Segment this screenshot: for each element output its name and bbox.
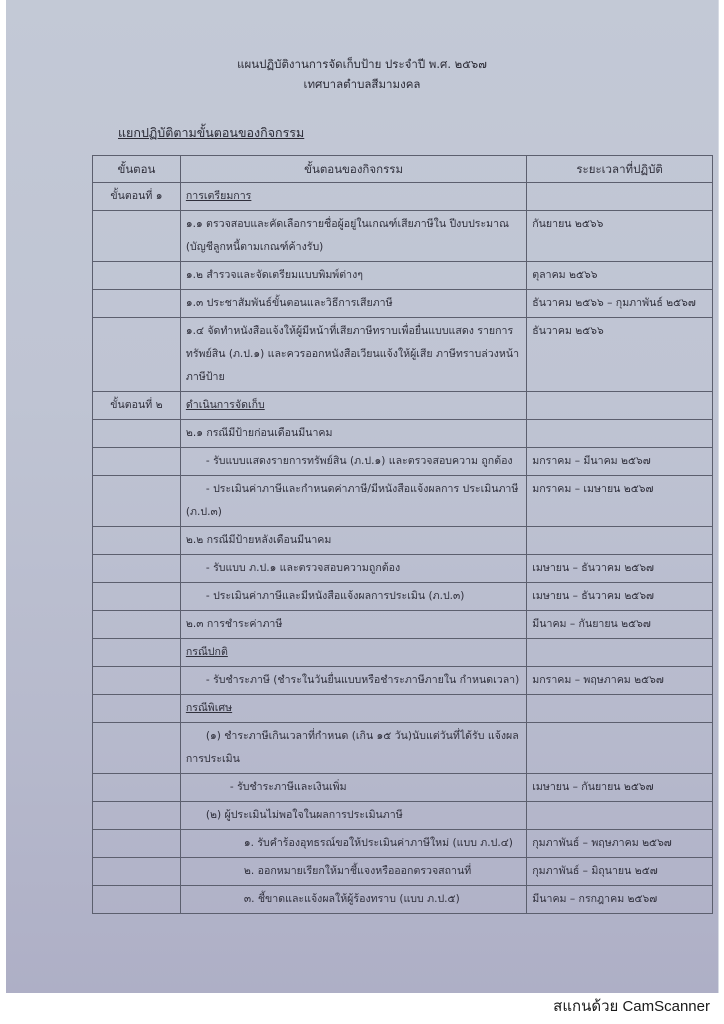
period-cell: มกราคม – พฤษภาคม ๒๕๖๗: [527, 667, 713, 695]
activity-cell: ๓. ชี้ขาดและแจ้งผลให้ผู้ร้องทราบ (แบบ ภ.…: [180, 886, 526, 914]
table-row: กรณีปกติ: [93, 639, 713, 667]
activity-cell: - รับแบบ ภ.ป.๑ และตรวจสอบความถูกต้อง: [180, 555, 526, 583]
activity-cell: กรณีพิเศษ: [180, 695, 526, 723]
period-cell: [527, 183, 713, 211]
header-period: ระยะเวลาที่ปฏิบัติ: [527, 156, 713, 183]
stage-cell: [93, 858, 181, 886]
stage-cell: ขั้นตอนที่ ๒: [93, 392, 181, 420]
activity-cell: - ประเมินค่าภาษีและมีหนังสือแจ้งผลการประ…: [180, 583, 526, 611]
table-row: - ประเมินค่าภาษีและกำหนดค่าภาษี/มีหนังสื…: [93, 476, 713, 527]
period-cell: [527, 723, 713, 774]
table-row: (๑) ชำระภาษีเกินเวลาที่กำหนด (เกิน ๑๕ วั…: [93, 723, 713, 774]
period-cell: มกราคม – เมษายน ๒๕๖๗: [527, 476, 713, 527]
activity-cell: ดำเนินการจัดเก็บ: [180, 392, 526, 420]
table-row: ๑. รับคำร้องอุทธรณ์ขอให้ประเมินค่าภาษีให…: [93, 830, 713, 858]
activity-plan-table: ขั้นตอน ขั้นตอนของกิจกรรม ระยะเวลาที่ปฏิ…: [92, 155, 713, 914]
period-cell: [527, 639, 713, 667]
period-cell: กุมภาพันธ์ – มิถุนายน ๒๕๗: [527, 858, 713, 886]
stage-cell: [93, 527, 181, 555]
activity-cell: ๑.๒ สำรวจและจัดเตรียมแบบพิมพ์ต่างๆ: [180, 262, 526, 290]
period-cell: ธันวาคม ๒๕๖๖: [527, 318, 713, 392]
stage-cell: [93, 262, 181, 290]
activity-cell: - ประเมินค่าภาษีและกำหนดค่าภาษี/มีหนังสื…: [180, 476, 526, 527]
table-row: - รับชำระภาษีและเงินเพิ่มเมษายน – กันยาย…: [93, 774, 713, 802]
header-activity: ขั้นตอนของกิจกรรม: [180, 156, 526, 183]
scanned-page: แผนปฏิบัติงานการจัดเก็บป้าย ประจำปี พ.ศ.…: [6, 0, 719, 993]
table-row: (๒) ผู้ประเมินไม่พอใจในผลการประเมินภาษี: [93, 802, 713, 830]
stage-cell: [93, 318, 181, 392]
document-organization: เทศบาลตำบลสีมามงคล: [6, 76, 718, 94]
activity-cell: ๒. ออกหมายเรียกให้มาชี้แจงหรือออกตรวจสถา…: [180, 858, 526, 886]
table-row: - รับแบบ ภ.ป.๑ และตรวจสอบความถูกต้องเมษา…: [93, 555, 713, 583]
stage-cell: [93, 420, 181, 448]
stage-cell: [93, 639, 181, 667]
activity-cell: ๑.๓ ประชาสัมพันธ์ขั้นตอนและวิธีการเสียภา…: [180, 290, 526, 318]
period-cell: มีนาคม – กรกฎาคม ๒๕๖๗: [527, 886, 713, 914]
period-cell: เมษายน – ธันวาคม ๒๕๖๗: [527, 555, 713, 583]
stage-cell: [93, 830, 181, 858]
period-cell: กันยายน ๒๕๖๖: [527, 211, 713, 262]
activity-cell: ๒.๒ กรณีมีป้ายหลังเดือนมีนาคม: [180, 527, 526, 555]
stage-cell: [93, 611, 181, 639]
table-row: ๑.๑ ตรวจสอบและคัดเลือกรายชื่อผู้อยู่ในเก…: [93, 211, 713, 262]
section-subheading: แยกปฏิบัติตามขั้นตอนของกิจกรรม: [118, 123, 304, 143]
activity-cell: ๑.๔ จัดทำหนังสือแจ้งให้ผู้มีหน้าที่เสียภ…: [180, 318, 526, 392]
header-stage: ขั้นตอน: [93, 156, 181, 183]
period-cell: [527, 802, 713, 830]
document-title: แผนปฏิบัติงานการจัดเก็บป้าย ประจำปี พ.ศ.…: [6, 56, 718, 74]
period-cell: เมษายน – กันยายน ๒๕๖๗: [527, 774, 713, 802]
activity-cell: ๒.๑ กรณีมีป้ายก่อนเดือนมีนาคม: [180, 420, 526, 448]
stage-cell: [93, 723, 181, 774]
table-row: - ประเมินค่าภาษีและมีหนังสือแจ้งผลการประ…: [93, 583, 713, 611]
table-row: - รับแบบแสดงรายการทรัพย์สิน (ภ.ป.๑) และต…: [93, 448, 713, 476]
stage-cell: [93, 555, 181, 583]
table-row: ๒.๒ กรณีมีป้ายหลังเดือนมีนาคม: [93, 527, 713, 555]
stage-cell: [93, 774, 181, 802]
period-cell: [527, 527, 713, 555]
activity-cell: (๒) ผู้ประเมินไม่พอใจในผลการประเมินภาษี: [180, 802, 526, 830]
stage-cell: [93, 211, 181, 262]
activity-cell: - รับชำระภาษี (ชำระในวันยื่นแบบหรือชำระภ…: [180, 667, 526, 695]
period-cell: กุมภาพันธ์ – พฤษภาคม ๒๕๖๗: [527, 830, 713, 858]
activity-cell: ๒.๓ การชำระค่าภาษี: [180, 611, 526, 639]
activity-cell: - รับชำระภาษีและเงินเพิ่ม: [180, 774, 526, 802]
table-row: ขั้นตอนที่ ๒ดำเนินการจัดเก็บ: [93, 392, 713, 420]
period-cell: เมษายน – ธันวาคม ๒๕๖๗: [527, 583, 713, 611]
table-row: ๑.๒ สำรวจและจัดเตรียมแบบพิมพ์ต่างๆตุลาคม…: [93, 262, 713, 290]
period-cell: [527, 695, 713, 723]
stage-cell: [93, 886, 181, 914]
period-cell: ธันวาคม ๒๕๖๖ – กุมภาพันธ์ ๒๕๖๗: [527, 290, 713, 318]
stage-cell: ขั้นตอนที่ ๑: [93, 183, 181, 211]
activity-cell: ๑.๑ ตรวจสอบและคัดเลือกรายชื่อผู้อยู่ในเก…: [180, 211, 526, 262]
table-row: ๓. ชี้ขาดและแจ้งผลให้ผู้ร้องทราบ (แบบ ภ.…: [93, 886, 713, 914]
period-cell: [527, 392, 713, 420]
activity-cell: กรณีปกติ: [180, 639, 526, 667]
stage-cell: [93, 583, 181, 611]
table-header-row: ขั้นตอน ขั้นตอนของกิจกรรม ระยะเวลาที่ปฏิ…: [93, 156, 713, 183]
activity-cell: - รับแบบแสดงรายการทรัพย์สิน (ภ.ป.๑) และต…: [180, 448, 526, 476]
activity-cell: (๑) ชำระภาษีเกินเวลาที่กำหนด (เกิน ๑๕ วั…: [180, 723, 526, 774]
table-row: - รับชำระภาษี (ชำระในวันยื่นแบบหรือชำระภ…: [93, 667, 713, 695]
stage-cell: [93, 802, 181, 830]
period-cell: [527, 420, 713, 448]
table-row: กรณีพิเศษ: [93, 695, 713, 723]
period-cell: มีนาคม – กันยายน ๒๕๖๗: [527, 611, 713, 639]
activity-cell: ๑. รับคำร้องอุทธรณ์ขอให้ประเมินค่าภาษีให…: [180, 830, 526, 858]
table-row: ๒.๑ กรณีมีป้ายก่อนเดือนมีนาคม: [93, 420, 713, 448]
activity-cell: การเตรียมการ: [180, 183, 526, 211]
table-row: ๒. ออกหมายเรียกให้มาชี้แจงหรือออกตรวจสถา…: [93, 858, 713, 886]
stage-cell: [93, 667, 181, 695]
period-cell: มกราคม – มีนาคม ๒๕๖๗: [527, 448, 713, 476]
period-cell: ตุลาคม ๒๕๖๖: [527, 262, 713, 290]
table-row: ๑.๓ ประชาสัมพันธ์ขั้นตอนและวิธีการเสียภา…: [93, 290, 713, 318]
stage-cell: [93, 476, 181, 527]
camscanner-watermark: สแกนด้วย CamScanner: [553, 994, 710, 1018]
stage-cell: [93, 290, 181, 318]
stage-cell: [93, 448, 181, 476]
stage-cell: [93, 695, 181, 723]
table-row: ๒.๓ การชำระค่าภาษีมีนาคม – กันยายน ๒๕๖๗: [93, 611, 713, 639]
table-row: ขั้นตอนที่ ๑การเตรียมการ: [93, 183, 713, 211]
table-row: ๑.๔ จัดทำหนังสือแจ้งให้ผู้มีหน้าที่เสียภ…: [93, 318, 713, 392]
